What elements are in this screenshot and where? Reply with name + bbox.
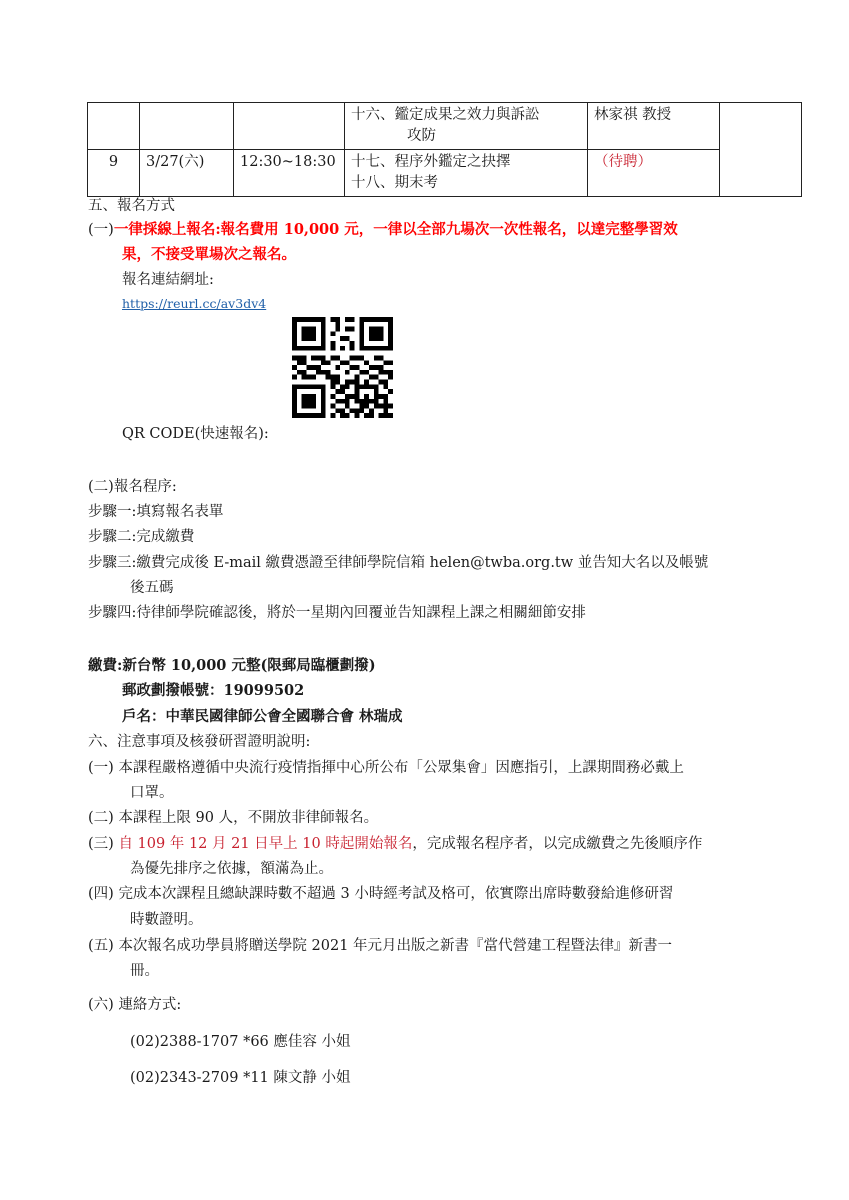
notice-3-cont: 為優先排序之依據，額滿為止。 (130, 859, 333, 879)
cell-topic: 十七、程序外鑑定之抉擇 十八、期末考 (345, 150, 588, 197)
cell-date (140, 103, 234, 150)
notice-3: (三) 自 109 年 12 月 21 日早上 10 時起開始報名，完成報名程序… (88, 834, 702, 854)
notice-5-cont: 冊。 (130, 961, 159, 981)
item-prefix: (六) (88, 997, 114, 1013)
item-prefix: (一) (88, 222, 114, 238)
section5-title: 五、報名方式 (88, 196, 175, 216)
section6-title: 六、注意事項及核發研習證明說明: (88, 732, 310, 752)
item-prefix: (四) (88, 886, 114, 902)
registration-start-highlight: 自 109 年 12 月 21 日早上 10 時起開始報名 (118, 836, 412, 852)
schedule-table: 十六、鑑定成果之效力與訴訟 攻防 林家祺 教授 9 3/27(六) 12:30~… (87, 102, 802, 197)
notice-5: (五) 本次報名成功學員將贈送學院 2021 年元月出版之新書『當代營建工程暨法… (88, 936, 672, 956)
cell-topic: 十六、鑑定成果之效力與訴訟 攻防 (345, 103, 588, 150)
cell-note (720, 103, 802, 197)
step-4: 步驟四:待律師學院確認後，將於一星期內回覆並告知課程上課之相關細節安排 (88, 603, 586, 623)
notice-text: 本課程嚴格遵循中央流行疫情指揮中心所公布「公眾集會」因應指引，上課期間務必戴上 (118, 760, 684, 776)
topic-line: 十八、期末考 (351, 173, 581, 194)
notice-text: 連絡方式: (118, 997, 181, 1013)
qr-code-icon[interactable] (292, 317, 393, 418)
link-label: 報名連結網址: (122, 270, 214, 290)
notice-4-cont: 時數證明。 (130, 910, 203, 930)
table-row: 9 3/27(六) 12:30~18:30 十七、程序外鑑定之抉擇 十八、期末考… (88, 150, 802, 197)
table-row: 十六、鑑定成果之效力與訴訟 攻防 林家祺 教授 (88, 103, 802, 150)
cell-time (234, 103, 345, 150)
item-prefix: (五) (88, 938, 114, 954)
notice-text: 完成本次課程且總缺課時數不超過 3 小時經考試及格可，依實際出席時數發給進修研習 (118, 886, 673, 902)
contact-1: (02)2388-1707 *66 應佳容 小姐 (130, 1032, 351, 1052)
postal-account: 郵政劃撥帳號：19099502 (122, 681, 304, 701)
account-holder: 戶名：中華民國律師公會全國聯合會 林瑞成 (122, 707, 403, 727)
payment-amount: 繳費:新台幣 10,000 元整(限郵局臨櫃劃撥) (88, 656, 376, 676)
notice-text: 本課程上限 90 人，不開放非律師報名。 (118, 810, 378, 826)
procedure-title: (二)報名程序: (88, 477, 177, 497)
cell-time: 12:30~18:30 (234, 150, 345, 197)
cell-speaker-status: （待聘） (588, 150, 720, 197)
section5-item1: (一)一律採線上報名:報名費用 10,000 元，一律以全部九場次一次性報名，以… (88, 220, 678, 240)
step-2: 步驟二:完成繳費 (88, 527, 194, 547)
topic-line: 攻防 (351, 126, 581, 147)
cell-no: 9 (88, 150, 140, 197)
cell-no (88, 103, 140, 150)
topic-line: 十六、鑑定成果之效力與訴訟 (351, 105, 581, 126)
notice-1-cont: 口罩。 (130, 783, 174, 803)
item-prefix: (二) (88, 810, 114, 826)
notice-6: (六) 連絡方式: (88, 995, 181, 1015)
step-3: 步驟三:繳費完成後 E-mail 繳費憑證至律師學院信箱 helen@twba.… (88, 553, 708, 573)
registration-link[interactable]: https://reurl.cc/av3dv4 (122, 294, 266, 314)
qr-label: QR CODE(快速報名): (122, 424, 269, 444)
item-prefix: (三) (88, 836, 114, 852)
registration-notice-cont: 果，不接受單場次之報名。 (122, 245, 296, 265)
notice-text: ，完成報名程序者，以完成繳費之先後順序作 (412, 836, 702, 852)
notice-2: (二) 本課程上限 90 人，不開放非律師報名。 (88, 808, 378, 828)
notice-4: (四) 完成本次課程且總缺課時數不超過 3 小時經考試及格可，依實際出席時數發給… (88, 884, 673, 904)
cell-date: 3/27(六) (140, 150, 234, 197)
item-prefix: (一) (88, 760, 114, 776)
step-3-cont: 後五碼 (130, 578, 174, 598)
topic-line: 十七、程序外鑑定之抉擇 (351, 152, 581, 173)
cell-speaker: 林家祺 教授 (588, 103, 720, 150)
notice-1: (一) 本課程嚴格遵循中央流行疫情指揮中心所公布「公眾集會」因應指引，上課期間務… (88, 758, 684, 778)
step-1: 步驟一:填寫報名表單 (88, 502, 223, 522)
notice-text: 本次報名成功學員將贈送學院 2021 年元月出版之新書『當代營建工程暨法律』新書… (118, 938, 672, 954)
contact-2: (02)2343-2709 *11 陳文静 小姐 (130, 1068, 351, 1088)
registration-notice: 一律採線上報名:報名費用 10,000 元，一律以全部九場次一次性報名，以達完整… (114, 221, 678, 238)
